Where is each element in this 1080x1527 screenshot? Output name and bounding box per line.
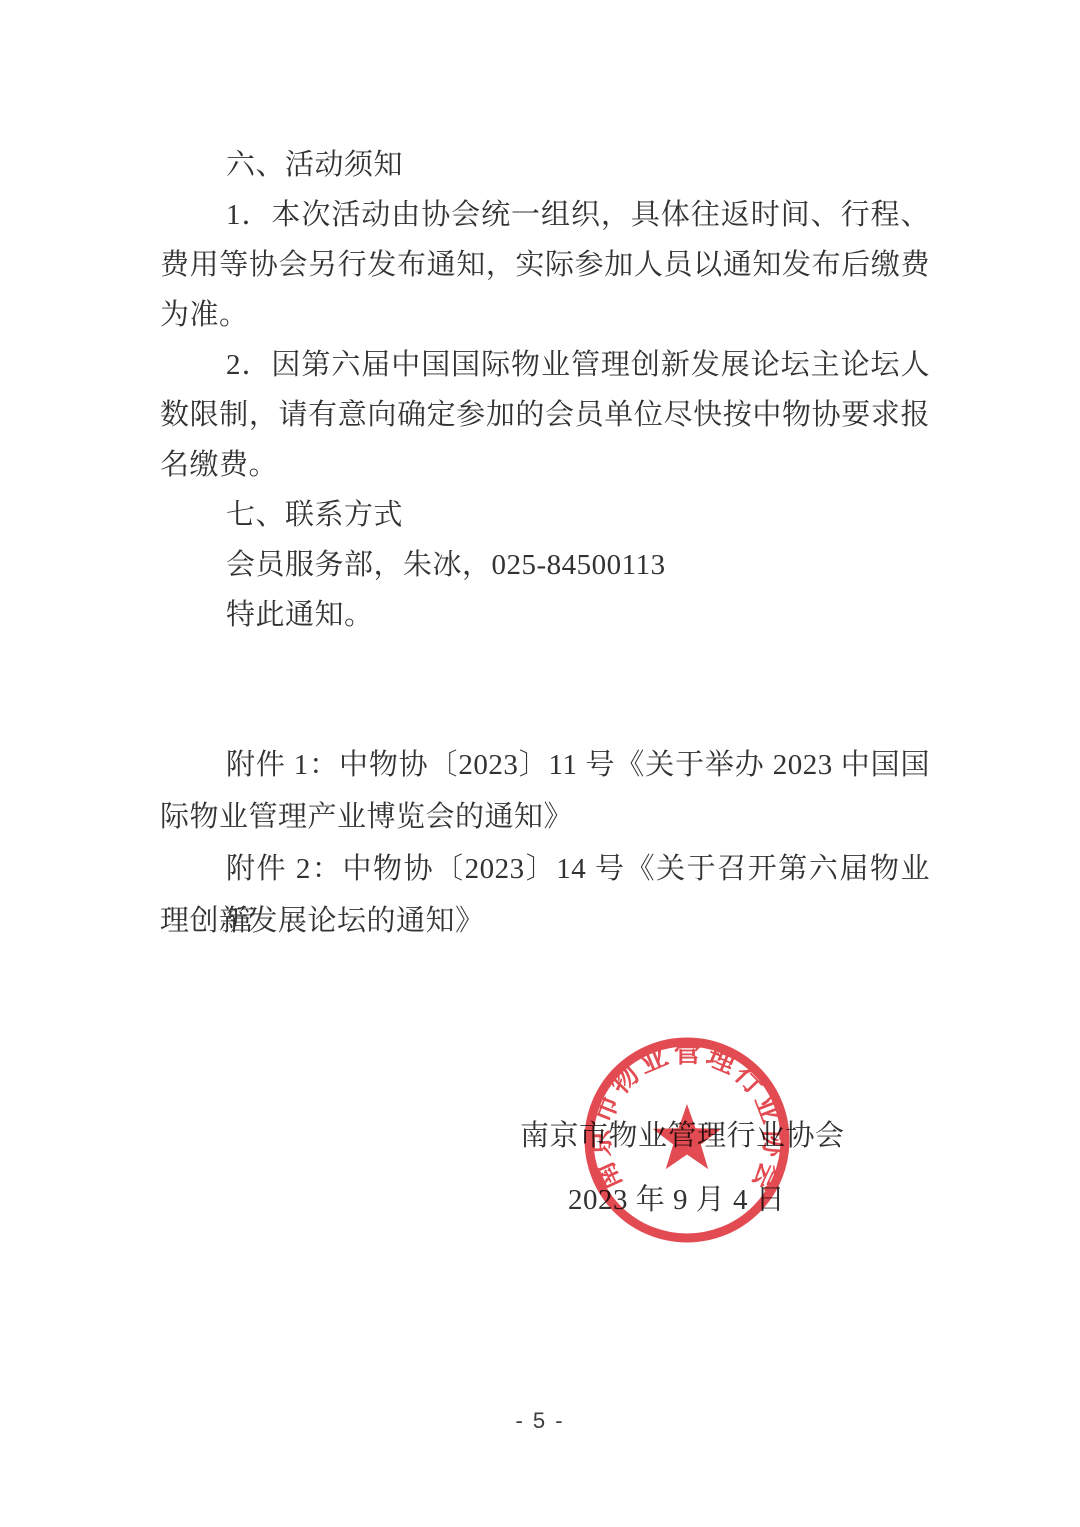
body-line: 2．因第六届中国国际物业管理创新发展论坛主论坛人 <box>160 340 930 390</box>
body-line: 名缴费。 <box>160 440 930 490</box>
document-body: 六、活动须知 1．本次活动由协会统一组织，具体往返时间、行程、 费用等协会另行发… <box>160 140 930 947</box>
body-line: 七、联系方式 <box>160 490 930 540</box>
attachment-line: 附件 1：中物协〔2023〕11 号《关于举办 2023 中国国 <box>160 739 930 791</box>
signature-org: 南京市物业管理行业协会 <box>520 1116 845 1156</box>
attachments-block: 附件 1：中物协〔2023〕11 号《关于举办 2023 中国国 际物业管理产业… <box>160 739 930 947</box>
page-number: - 5 - <box>0 1408 1080 1434</box>
body-line: 数限制，请有意向确定参加的会员单位尽快按中物协要求报 <box>160 390 930 440</box>
document-page: 六、活动须知 1．本次活动由协会统一组织，具体往返时间、行程、 费用等协会另行发… <box>0 0 1080 1527</box>
attachment-line: 附件 2：中物协〔2023〕14 号《关于召开第六届物业管 <box>160 843 930 895</box>
attachment-line: 理创新发展论坛的通知》 <box>160 895 930 947</box>
body-line: 1．本次活动由协会统一组织，具体往返时间、行程、 <box>160 190 930 240</box>
contact-line: 会员服务部，朱冰，025-84500113 <box>160 540 930 590</box>
body-line: 费用等协会另行发布通知，实际参加人员以通知发布后缴费 <box>160 240 930 290</box>
body-line: 特此通知。 <box>160 590 930 640</box>
body-line: 为准。 <box>160 290 930 340</box>
signature-date: 2023 年 9 月 4 日 <box>568 1180 785 1220</box>
attachment-line: 际物业管理产业博览会的通知》 <box>160 791 930 843</box>
body-line: 六、活动须知 <box>160 140 930 190</box>
